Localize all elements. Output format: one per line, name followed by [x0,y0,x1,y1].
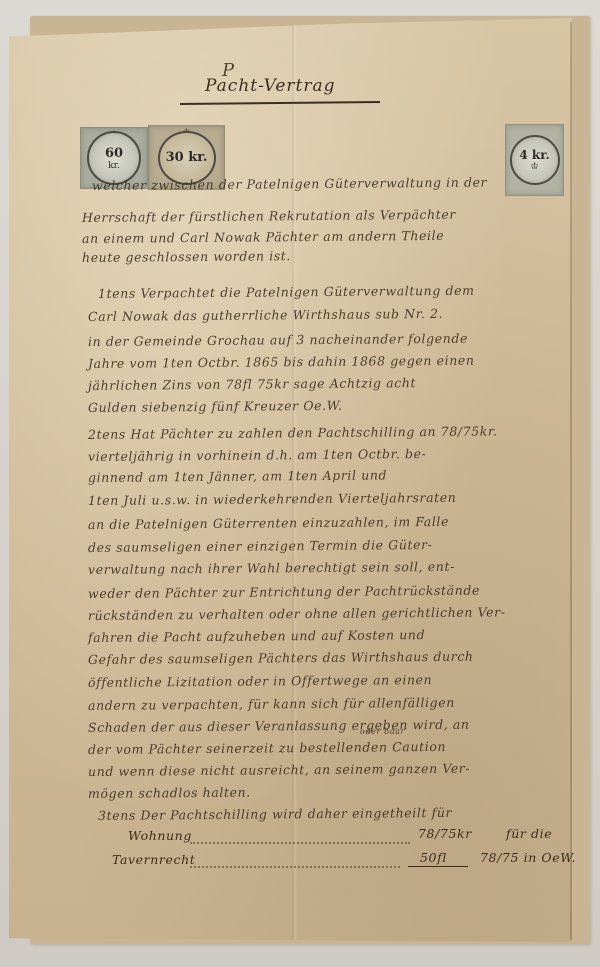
ledger-amount: 50fl [420,850,447,865]
text-line: verwaltung nach ihrer Wahl berechtigt se… [88,559,455,577]
text-line: öffentliche Lizitation oder in Offertweg… [88,672,432,690]
text-line: heute geschlossen worden ist. [82,248,291,265]
text-line: an einem und Carl Nowak Pächter am ander… [82,228,444,246]
text-line: 3tens Der Pachtschilling wird daher eing… [98,805,452,823]
text-line: mögen schadlos halten. [88,785,251,801]
text-line: Gulden siebenzig fünf Kreuzer Oe.W. [88,398,343,415]
ledger-amount: 78/75kr [418,826,472,841]
ledger-note: für die [506,826,552,841]
stamp-value: 60 [105,146,123,161]
stamp-unit: kr. [108,161,120,171]
revenue-stamp-4kr: 4 kr. ♔ [505,124,564,196]
eagle-crest-icon: ♔ [530,162,538,172]
interlinear-insertion: oder baar [360,727,405,736]
ledger-label: Tavernrecht [112,852,195,867]
text-line: ginnend am 1ten Jänner, am 1ten April un… [88,467,387,485]
ledger-leader-dots [190,864,400,868]
text-line: andern zu verpachten, für kann sich für … [88,695,455,713]
page-edge [570,22,572,940]
text-line: der vom Pächter seinerzeit zu bestellend… [88,739,446,757]
ledger-note: 78/75 in OeW. [480,850,576,865]
text-line: 1ten Juli u.s.w. in wiederkehrenden Vier… [88,490,457,508]
ledger-label: Wohnung [128,828,192,843]
ledger-leader-dots [190,840,410,844]
stamp-value: 4 kr. [519,148,549,162]
text-line: des saumseligen einer einzigen Termin di… [88,537,433,555]
text-line: fahren die Pacht aufzuheben und auf Kost… [88,627,425,645]
document-title: Pacht-Vertrag [205,76,336,96]
text-line: Carl Nowak das gutherrliche Wirthshaus s… [88,306,443,324]
text-line: an die Patelnigen Güterrenten einzuzahle… [88,514,449,532]
text-line: vierteljährig in vorhinein d.h. am 1ten … [88,446,426,464]
amount-underline [408,866,468,867]
stamp-medallion: 4 kr. ♔ [510,135,560,185]
text-line: jährlichen Zins von 78fl 75kr sage Achtz… [88,375,416,393]
stamp-value: 30 kr. [166,150,208,165]
